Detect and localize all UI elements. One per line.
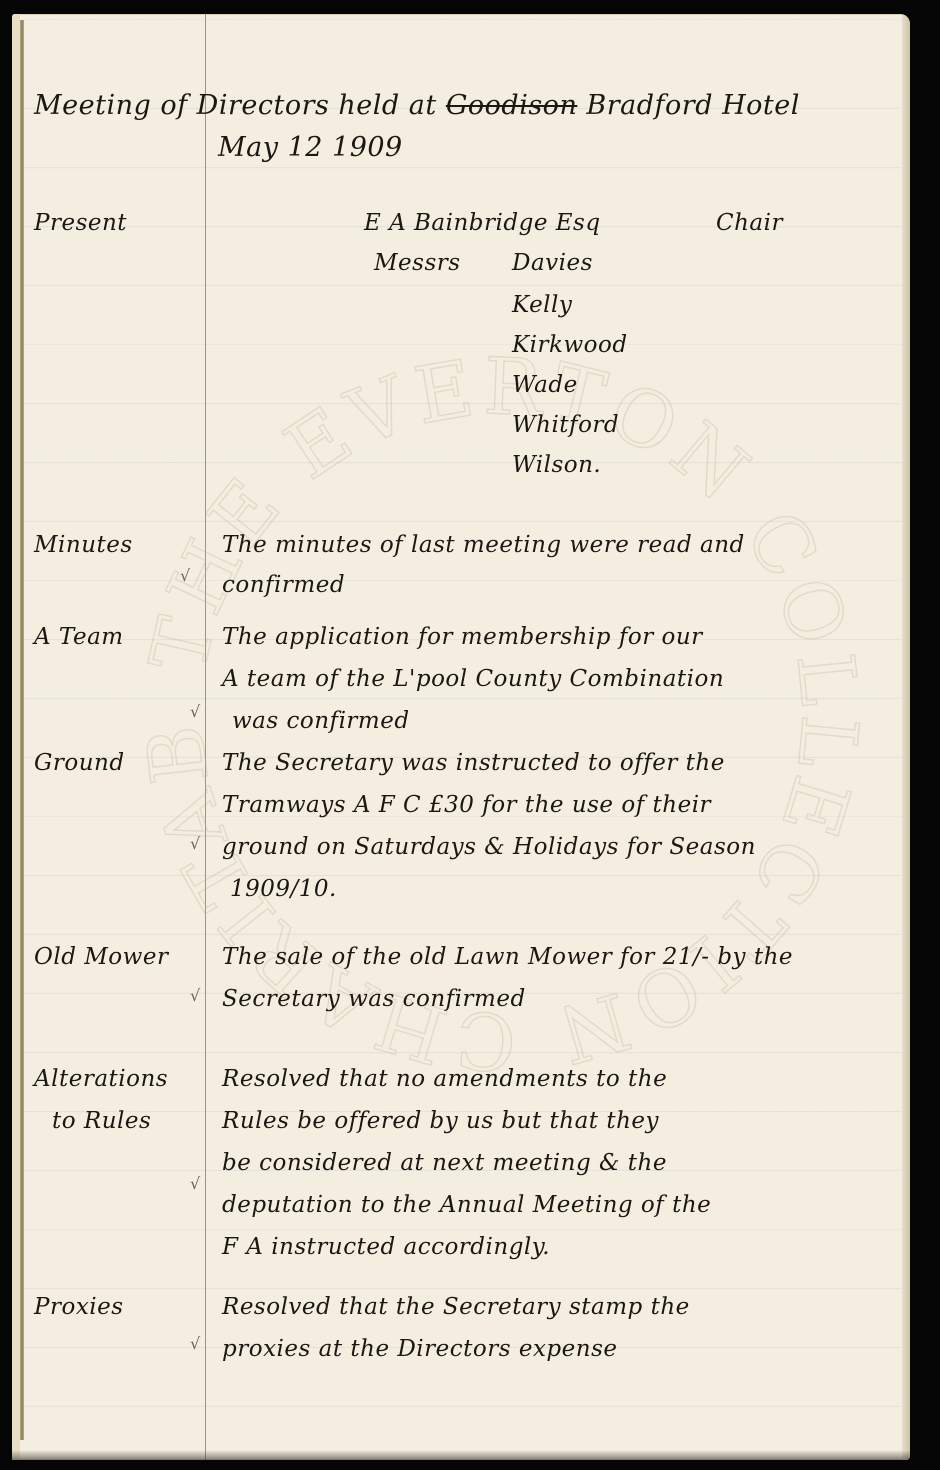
check-mark-icon: √ <box>190 986 200 1005</box>
minute-line: confirmed <box>222 572 345 598</box>
minute-line: Resolved that the Secretary stamp the <box>222 1294 690 1320</box>
meeting-header: Meeting of Directors held at Goodison Br… <box>34 90 800 121</box>
member-name: Whitford <box>512 412 619 438</box>
minute-line: The sale of the old Lawn Mower for 21/- … <box>222 944 793 970</box>
member-name: Davies <box>512 250 593 276</box>
minute-line: Rules be offered by us but that they <box>222 1108 659 1134</box>
minute-line: Tramways A F C £30 for the use of their <box>222 792 711 818</box>
page-right-edge <box>902 14 910 1460</box>
member-name: Kirkwood <box>512 332 628 358</box>
chair-role: Chair <box>716 210 783 236</box>
minute-line: be considered at next meeting & the <box>222 1150 667 1176</box>
minute-line: proxies at the Directors expense <box>222 1336 618 1362</box>
check-mark-icon: √ <box>190 702 200 721</box>
minute-line: 1909/10. <box>230 876 337 902</box>
check-mark-icon: √ <box>190 1174 200 1193</box>
minute-line: A team of the L'pool County Combination <box>222 666 724 692</box>
minute-line: F A instructed accordingly. <box>222 1234 550 1260</box>
member-name: Wade <box>512 372 578 398</box>
messrs-label: Messrs <box>374 250 461 276</box>
minute-label-proxies: Proxies <box>34 1294 124 1320</box>
check-mark-icon: √ <box>180 566 190 585</box>
minute-label-a-team: A Team <box>34 624 124 650</box>
minute-label-alterations: Alterations <box>34 1066 168 1092</box>
minute-line: was confirmed <box>232 708 410 734</box>
chair-name: E A Bainbridge Esq <box>364 210 601 236</box>
page-bottom-shadow <box>12 1450 910 1460</box>
minute-book-page: THE EVERTON COLLECTION CHARITABLE TRUST … <box>12 14 910 1460</box>
page-left-edge <box>12 14 20 1460</box>
meeting-date: May 12 1909 <box>218 132 403 163</box>
minute-line: The application for membership for our <box>222 624 703 650</box>
minute-line: The minutes of last meeting were read an… <box>222 532 745 558</box>
member-name: Kelly <box>512 292 572 318</box>
header-title-prefix: Meeting of Directors held at <box>34 90 437 121</box>
minute-line: deputation to the Annual Meeting of the <box>222 1192 711 1218</box>
minute-line: ground on Saturdays & Holidays for Seaso… <box>222 834 756 860</box>
check-mark-icon: √ <box>190 834 200 853</box>
minute-label-ground: Ground <box>34 750 125 776</box>
minute-line: Resolved that no amendments to the <box>222 1066 667 1092</box>
check-mark-icon: √ <box>190 1334 200 1353</box>
minute-line: Secretary was confirmed <box>222 986 526 1012</box>
present-label: Present <box>34 210 127 236</box>
member-name: Wilson. <box>512 452 601 478</box>
header-venue: Bradford Hotel <box>586 90 799 121</box>
minute-label-minutes: Minutes <box>34 532 133 558</box>
minute-line: The Secretary was instructed to offer th… <box>222 750 725 776</box>
red-margin-line <box>205 14 206 1460</box>
minute-label-old-mower: Old Mower <box>34 944 168 970</box>
struck-venue: Goodison <box>446 90 578 121</box>
minute-label-to-rules: to Rules <box>52 1108 151 1134</box>
